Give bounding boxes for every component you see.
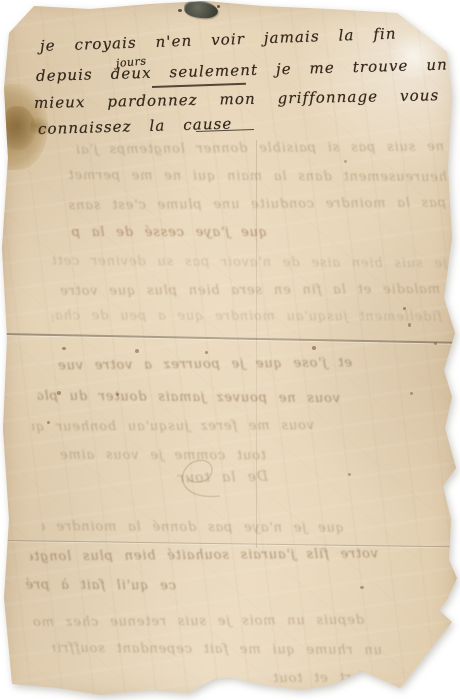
- seal-remnant: [183, 0, 219, 20]
- ink-speck: [408, 323, 411, 327]
- ink-speck: [57, 391, 61, 395]
- bleedthrough-line: maladie et la fin en sera bien plus que …: [48, 282, 440, 299]
- ink-underline: [152, 83, 246, 88]
- fold-crease-middle: [0, 333, 460, 344]
- bleedthrough-line: pas la moindre conduite une plume c'est …: [58, 196, 446, 214]
- bleedthrough-line: je suis bien aise de n'avoir pas su devi…: [52, 254, 447, 272]
- seal-speck: [178, 9, 182, 12]
- ink-speck: [410, 392, 413, 395]
- seal-speck: [217, 5, 220, 8]
- bleedthrough-line: depuis un mois je suis retenue chez moi …: [32, 613, 364, 630]
- ink-speck: [360, 586, 364, 589]
- handwriting-line-4: connaissez la cause: [38, 115, 233, 138]
- ink-speck: [312, 346, 316, 350]
- letter-photograph: je croyais n'en voir jamais la fin jours…: [0, 0, 460, 700]
- bleedthrough-line: un rhume qui me fait cependant souffrir: [52, 641, 382, 658]
- bleedthrough-line: que j'aye cessé de la plume: [72, 225, 267, 240]
- paper-shadow-wrap: je croyais n'en voir jamais la fin jours…: [0, 0, 460, 700]
- fold-crease-lower: [0, 540, 460, 547]
- handwriting-line-1: je croyais n'en voir jamais la fin: [40, 25, 397, 55]
- ink-speck: [344, 160, 347, 163]
- handwriting-line-2: depuis deux seulement je me trouve un pe…: [36, 54, 460, 85]
- bleedthrough-line: ce qu'il fait à présent: [26, 578, 176, 594]
- bleedthrough-line: vous ne pouvez jamais douter du plaisir …: [38, 389, 340, 407]
- bleedthrough-line: fort et tout: [236, 670, 366, 686]
- bleedthrough-line: que je n'aye pas donné la moindre du: [42, 519, 344, 536]
- ink-speck: [403, 307, 406, 310]
- ink-speck: [47, 421, 50, 424]
- ink-speck: [348, 473, 351, 476]
- bleedthrough-line: heureusement dans la main qui ne me perm…: [62, 168, 447, 185]
- letter-paper: je croyais n'en voir jamais la fin jours…: [0, 0, 460, 700]
- bleedthrough-line: fidellement jusqu'au moindre que a peu d…: [52, 308, 442, 324]
- ink-speck: [116, 393, 119, 396]
- ink-speck: [205, 351, 208, 354]
- bleedthrough-line: vous me ferez jusqu'au bonheur que la: [32, 418, 314, 434]
- handwriting-line-3: mieux pardonnez mon griffonnage vous en: [34, 85, 460, 112]
- ink-speck: [62, 347, 66, 350]
- ink-speck: [434, 342, 437, 345]
- ink-speck: [135, 349, 139, 353]
- bleedthrough-line: et j'ose que je pourrez a votre vue que: [52, 355, 352, 373]
- bleedthrough-flourish: [168, 452, 232, 504]
- bleedthrough-line: votre fils j'aurais souhaité bien plus l…: [30, 546, 378, 564]
- bleedthrough-line: ne suis pas si paisible donner longtemps…: [72, 139, 444, 157]
